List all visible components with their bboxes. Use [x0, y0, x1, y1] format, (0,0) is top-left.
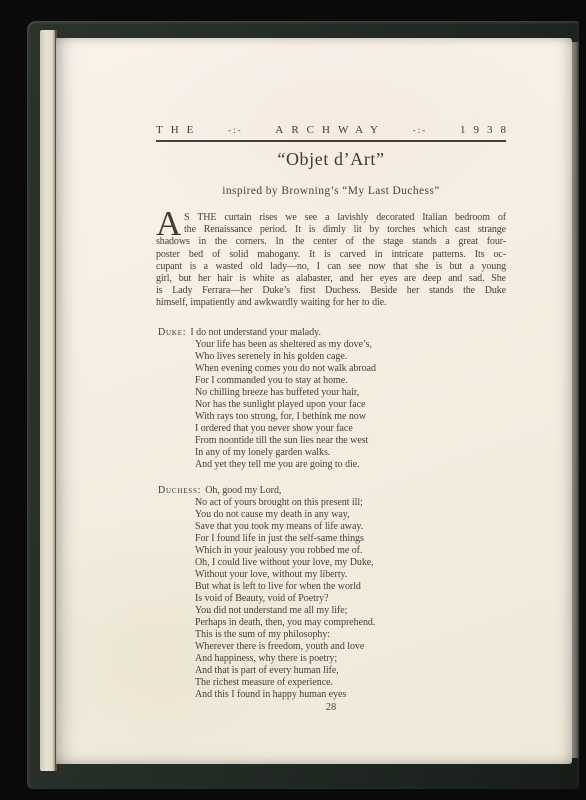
verse-line: Without your love, without my liberty.: [195, 569, 506, 581]
verse-line: Save that you took my means of life away…: [195, 521, 506, 533]
verse-text: I do not understand your malady.: [190, 327, 321, 338]
header-ornament-left: -:-: [228, 125, 243, 135]
verse-line: No act of yours brought on this present …: [195, 497, 506, 509]
book-photo: THE -:- ARCHWAY -:- 1938 “Objet d’Art” i…: [0, 0, 586, 800]
verse-line: is Lady Ferrara—her Duke’s first Duchess…: [156, 285, 506, 297]
verse-line: With rays too strong, for, I bethink me …: [195, 411, 506, 423]
verse-line: Nor has the sunlight played upon your fa…: [195, 399, 506, 411]
verse-line: Perhaps in death, then, you may comprehe…: [195, 617, 506, 629]
speech-duchess-lines: No act of yours brought on this present …: [195, 497, 506, 701]
verse-line: S THE curtain rises we see a lavishly de…: [156, 212, 506, 224]
verse-line: himself, impatiently and awkwardly waiti…: [156, 297, 506, 309]
verse-line: cupant is a wasted old lady—no, I can se…: [156, 261, 506, 273]
verse-line: From noontide till the sun lies near the…: [195, 435, 506, 447]
speaker-label-duke: Duke:: [158, 327, 186, 338]
verse-line: Wherever there is freedom, youth and lov…: [195, 641, 506, 653]
header-word-archway: ARCHWAY: [275, 124, 386, 136]
speech-duke: Duke:I do not understand your malady. Yo…: [158, 327, 506, 471]
verse-line: For I commanded you to stay at home.: [195, 375, 506, 387]
verse-line: And that is part of every human life,: [195, 665, 506, 677]
header-year: 1938: [460, 124, 514, 136]
page-edge-stack-left: [40, 30, 57, 771]
verse-line: Which in your jealousy you robbed me of.: [195, 545, 506, 557]
page-number: 28: [156, 702, 506, 713]
verse-line: You do not cause my death in any way,: [195, 509, 506, 521]
verse-line: Your life has been as sheltered as my do…: [195, 339, 506, 351]
verse-line: Duchess:Oh, good my Lord,: [195, 485, 506, 497]
book-page: THE -:- ARCHWAY -:- 1938 “Objet d’Art” i…: [56, 38, 572, 764]
verse-line: No chilling breeze has buffeted your hai…: [195, 387, 506, 399]
verse-line: The richest measure of experience.: [195, 677, 506, 689]
stage-direction-lines: S THE curtain rises we see a lavishly de…: [156, 212, 506, 310]
verse-line: When evening comes you do not walk abroa…: [195, 363, 506, 375]
verse-line: But what is left to live for when the wo…: [195, 581, 506, 593]
verse-line: shadows in the corners. In the center of…: [156, 236, 506, 248]
verse-line: I ordered that you never show your face: [195, 423, 506, 435]
speech-duke-lines: Your life has been as sheltered as my do…: [195, 339, 506, 471]
speech-duchess: Duchess:Oh, good my Lord, No act of your…: [158, 485, 506, 701]
stage-direction: A S THE curtain rises we see a lavishly …: [156, 212, 506, 310]
speaker-label-duchess: Duchess:: [158, 485, 201, 496]
verse-text: Oh, good my Lord,: [205, 485, 281, 496]
verse-line: poster bed of solid mahogany. It is carv…: [156, 249, 506, 261]
verse-line: This is the sum of my philosophy:: [195, 629, 506, 641]
verse-line: And happiness, why there is poetry;: [195, 653, 506, 665]
verse-line: Who lives serenely in his golden cage.: [195, 351, 506, 363]
header-ornament-right: -:-: [413, 125, 428, 135]
verse-line: Oh, I could live without your love, my D…: [195, 557, 506, 569]
verse-line: And yet they tell me you are going to di…: [195, 459, 506, 471]
running-header: THE -:- ARCHWAY -:- 1938: [156, 124, 506, 142]
verse-line: For I found life in just the self-same t…: [195, 533, 506, 545]
verse-line: the Renaissance period. It is dimly lit …: [156, 224, 506, 236]
verse-line: Duke:I do not understand your malady.: [195, 327, 506, 339]
verse-line: girl, but her hair is white as alabaster…: [156, 273, 506, 285]
poem-subtitle: inspired by Browning’s “My Last Duchess”: [156, 185, 506, 197]
poem-title: “Objet d’Art”: [156, 149, 506, 170]
drop-cap: A: [156, 211, 181, 237]
header-word-the: THE: [156, 124, 201, 136]
verse-line: You did not understand me all my life;: [195, 605, 506, 617]
page-edge-stack-right: [572, 42, 579, 758]
verse-line: In any of my lonely garden walks.: [195, 447, 506, 459]
verse-line: Is void of Beauty, void of Poetry?: [195, 593, 506, 605]
verse-line: And this I found in happy human eyes: [195, 689, 506, 701]
